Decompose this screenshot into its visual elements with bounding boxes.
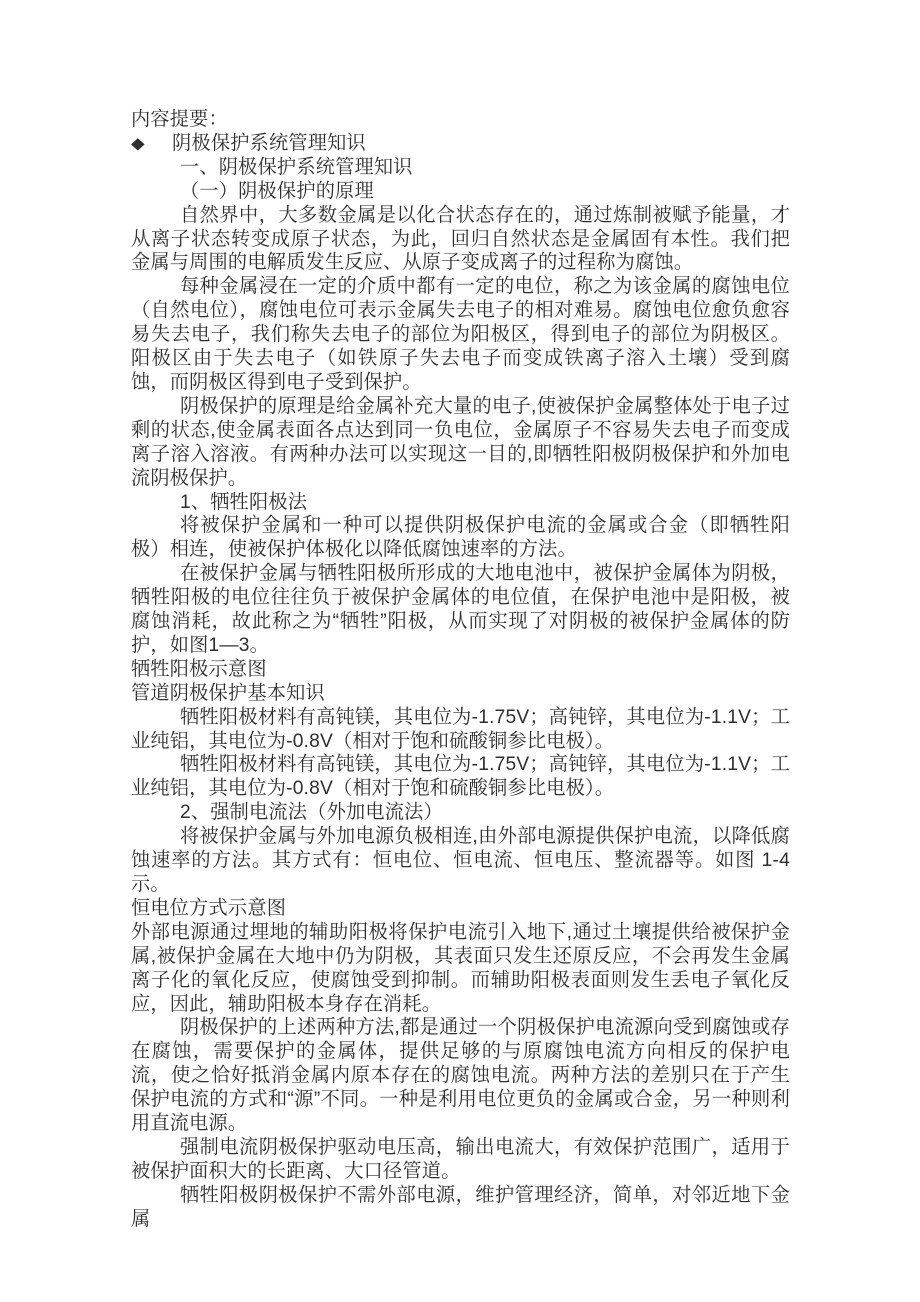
bullet-item: ◆阴极保护系统管理知识 [131, 132, 790, 156]
paragraph-impressed-advantages: 强制电流阴极保护驱动电压高，输出电流大，有效保护范围广，适用于被保护面积大的长距… [131, 1136, 790, 1184]
paragraph-anode-materials-2: 牺牲阳极材料有高钝镁，其电位为-1.75V；高钝锌，其电位为-1.1V；工业纯铝… [131, 753, 790, 801]
paragraph-two-methods-comparison: 阴极保护的上述两种方法,都是通过一个阴极保护电流源向受到腐蚀或存在腐蚀，需要保护… [131, 1016, 790, 1136]
paragraph-corrosion-potential: 每种金属浸在一定的介质中都有一定的电位，称之为该金属的腐蚀电位（自然电位），腐蚀… [131, 275, 790, 395]
subsection-heading-principle: （一）阴极保护的原理 [131, 180, 790, 204]
item-heading-impressed-current: 2、强制电流法（外加电流法） [131, 801, 790, 825]
paragraph-earth-battery: 在被保护金属与牺牲阳极所形成的大地电池中，被保护金属体为阴极，牺牲阳极的电位往往… [131, 562, 790, 658]
paragraph-anode-materials-1: 牺牲阳极材料有高钝镁，其电位为-1.75V；高钝锌，其电位为-1.1V；工业纯铝… [131, 706, 790, 754]
intro-label: 内容提要： [131, 108, 790, 132]
paragraph-nature-of-metals: 自然界中，大多数金属是以化合状态存在的，通过炼制被赋予能量，才从离子状态转变成原… [131, 204, 790, 276]
paragraph-sacrificial-advantages: 牺牲阳极阴极保护不需外部电源，维护管理经济，简单，对邻近地下金属 [131, 1184, 790, 1232]
figure-caption-potentiostatic: 恒电位方式示意图 [131, 897, 790, 921]
paragraph-protection-principle: 阴极保护的原理是给金属补充大量的电子,使被保护金属整体处于电子过剩的状态,使金属… [131, 395, 790, 491]
paragraph-external-power: 外部电源通过埋地的辅助阳极将保护电流引入地下,通过土壤提供给被保护金属,被保护金… [131, 921, 790, 1017]
figure-caption-sacrificial-anode: 牺牲阳极示意图 [131, 658, 790, 682]
line-pipeline-basics: 管道阴极保护基本知识 [131, 682, 790, 706]
diamond-bullet-icon: ◆ [131, 133, 145, 155]
bullet-item-label: 阴极保护系统管理知识 [172, 133, 366, 154]
paragraph-impressed-method: 将被保护金属与外加电源负极相连,由外部电源提供保护电流，以降低腐蚀速率的方法。其… [131, 825, 790, 897]
document-content: 内容提要： ◆阴极保护系统管理知识 一、阴极保护系统管理知识 （一）阴极保护的原… [131, 108, 790, 1232]
document-page: 内容提要： ◆阴极保护系统管理知识 一、阴极保护系统管理知识 （一）阴极保护的原… [0, 0, 920, 1302]
section-heading-1: 一、阴极保护系统管理知识 [131, 156, 790, 180]
item-heading-sacrificial-anode: 1、牺牲阳极法 [131, 491, 790, 515]
paragraph-sacrificial-method: 将被保护金属和一种可以提供阴极保护电流的金属或合金（即牺牲阳极）相连，使被保护体… [131, 514, 790, 562]
